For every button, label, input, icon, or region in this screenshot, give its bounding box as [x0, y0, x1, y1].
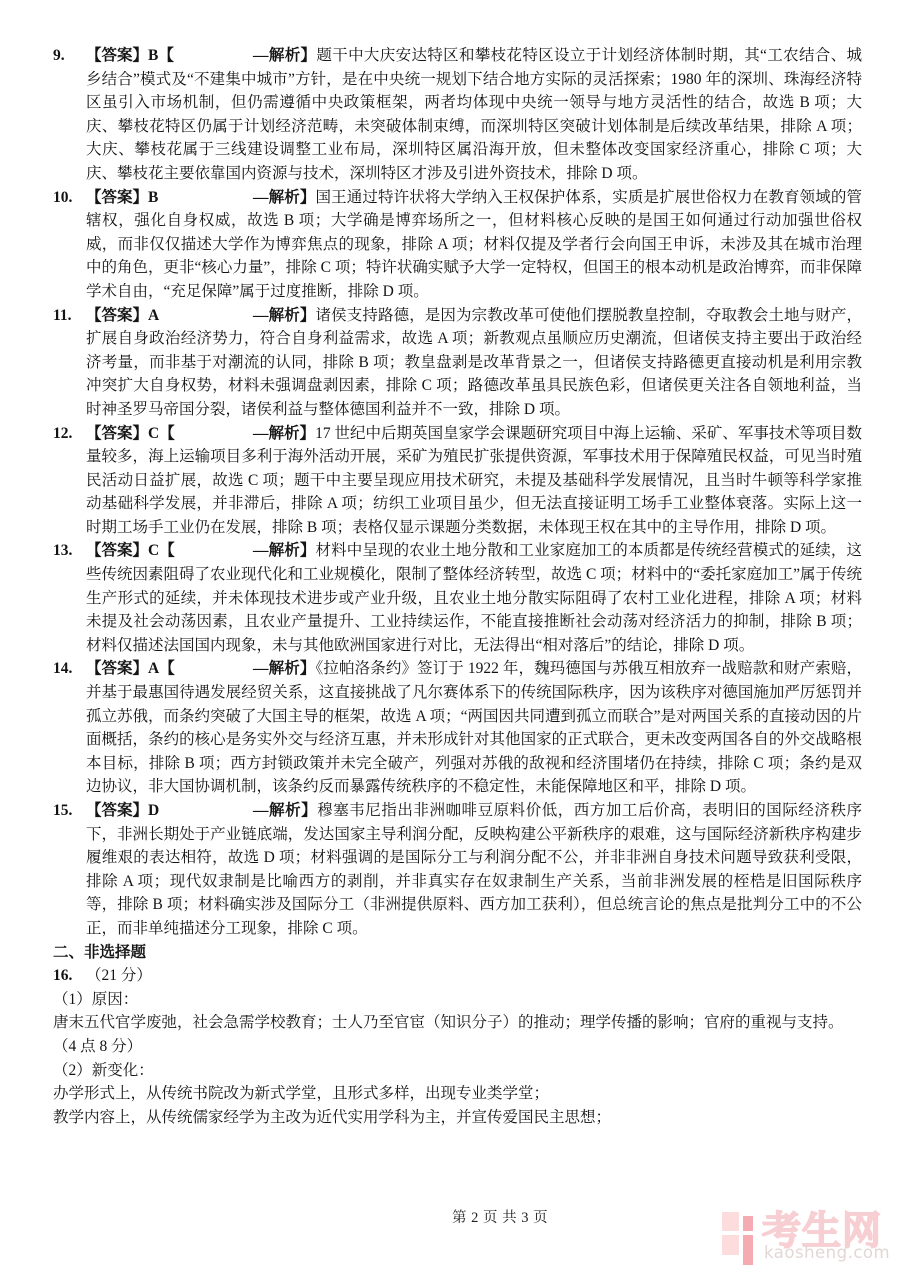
- item-number: 10.: [53, 186, 72, 210]
- document-page: 9. 【答案】B【—解析】题干中大庆安达特区和攀枝花特区设立于计划经济体制时期，…: [0, 0, 900, 1273]
- analysis-label: —解析】: [253, 660, 315, 677]
- section-heading-non-choice: 二、非选择题: [53, 941, 862, 965]
- watermark-domain-text: kaosheng.com: [764, 1243, 890, 1262]
- analysis-label: —解析】: [253, 189, 315, 206]
- item-number: 15.: [53, 799, 72, 823]
- item-number: 13.: [53, 539, 72, 563]
- analysis-label: —解析】: [253, 802, 317, 819]
- logo-block-light-top: [722, 1212, 739, 1231]
- answer-label: 【答案】B【: [86, 44, 253, 68]
- answer-label: 【答案】A: [86, 304, 253, 328]
- analysis-text: 题干中大庆安达特区和攀枝花特区设立于计划经济体制时期，其“工农结合、城乡结合”模…: [86, 47, 862, 182]
- item-number: 14.: [53, 657, 72, 681]
- logo-block-light-bottom: [722, 1235, 739, 1255]
- question-16-score: （21 分）: [86, 967, 152, 984]
- item-number: 9.: [53, 44, 65, 68]
- answer-label: 【答案】C【: [86, 539, 253, 563]
- analysis-label: —解析】: [253, 307, 315, 324]
- answer-label: 【答案】D: [86, 799, 253, 823]
- logo-block-dark-bottom: [743, 1235, 753, 1265]
- kaosheng-logo-icon: [722, 1209, 758, 1265]
- item-number: 11.: [53, 304, 72, 328]
- analysis-label: —解析】: [253, 47, 316, 64]
- answer-label: 【答案】B: [86, 186, 253, 210]
- q16-part2-line2: 教学内容上，从传统儒家经学为主改为近代实用学科为主，并宣传爱国民主思想；: [53, 1106, 862, 1130]
- answer-item-11: 11. 【答案】A—解析】诸侯支持路德，是因为宗教改革可使他们摆脱教皇控制，夺取…: [53, 304, 862, 422]
- logo-block-dark-top: [743, 1216, 753, 1231]
- answer-item-10: 10. 【答案】B—解析】国王通过特许状将大学纳入王权保护体系，实质是扩展世俗权…: [53, 186, 862, 304]
- page-number-footer: 第 2 页 共 3 页: [452, 1206, 548, 1227]
- q16-part2-label: （2）新变化：: [53, 1059, 862, 1083]
- question-16-number: 16.: [53, 964, 86, 988]
- analysis-label: —解析】: [253, 542, 315, 559]
- q16-part1-answer: 唐末五代官学废弛，社会急需学校教育；士人乃至官宦（知识分子）的推动；理学传播的影…: [53, 1011, 862, 1035]
- analysis-label: —解析】: [253, 425, 315, 442]
- q16-part1-points: （4 点 8 分）: [53, 1035, 862, 1059]
- answer-item-14: 14. 【答案】A【—解析】《拉帕洛条约》签订于 1922 年，魏玛德国与苏俄互…: [53, 657, 862, 799]
- answer-key-content: 9. 【答案】B【—解析】题干中大庆安达特区和攀枝花特区设立于计划经济体制时期，…: [53, 44, 862, 1129]
- answer-label: 【答案】C【: [86, 422, 253, 446]
- analysis-text: 穆塞韦尼指出非洲咖啡豆原料价低，西方加工后价高，表明旧的国际经济秩序下，非洲长期…: [86, 802, 862, 937]
- answer-label: 【答案】A【: [86, 657, 253, 681]
- answer-item-9: 9. 【答案】B【—解析】题干中大庆安达特区和攀枝花特区设立于计划经济体制时期，…: [53, 44, 862, 186]
- answer-item-13: 13. 【答案】C【—解析】材料中呈现的农业土地分散和工业家庭加工的本质都是传统…: [53, 539, 862, 657]
- analysis-text: 《拉帕洛条约》签订于 1922 年，魏玛德国与苏俄互相放弃一战赔款和财产索赔，并…: [86, 660, 862, 795]
- question-16-header: 16.（21 分）: [53, 964, 862, 988]
- q16-part1-label: （1）原因：: [53, 988, 862, 1012]
- answer-item-15: 15. 【答案】D—解析】穆塞韦尼指出非洲咖啡豆原料价低，西方加工后价高，表明旧…: [53, 799, 862, 941]
- answer-item-12: 12. 【答案】C【—解析】17 世纪中后期英国皇家学会课题研究项目中海上运输、…: [53, 422, 862, 540]
- q16-part2-line1: 办学形式上，从传统书院改为新式学堂，且形式多样，出现专业类学堂；: [53, 1082, 862, 1106]
- item-number: 12.: [53, 422, 72, 446]
